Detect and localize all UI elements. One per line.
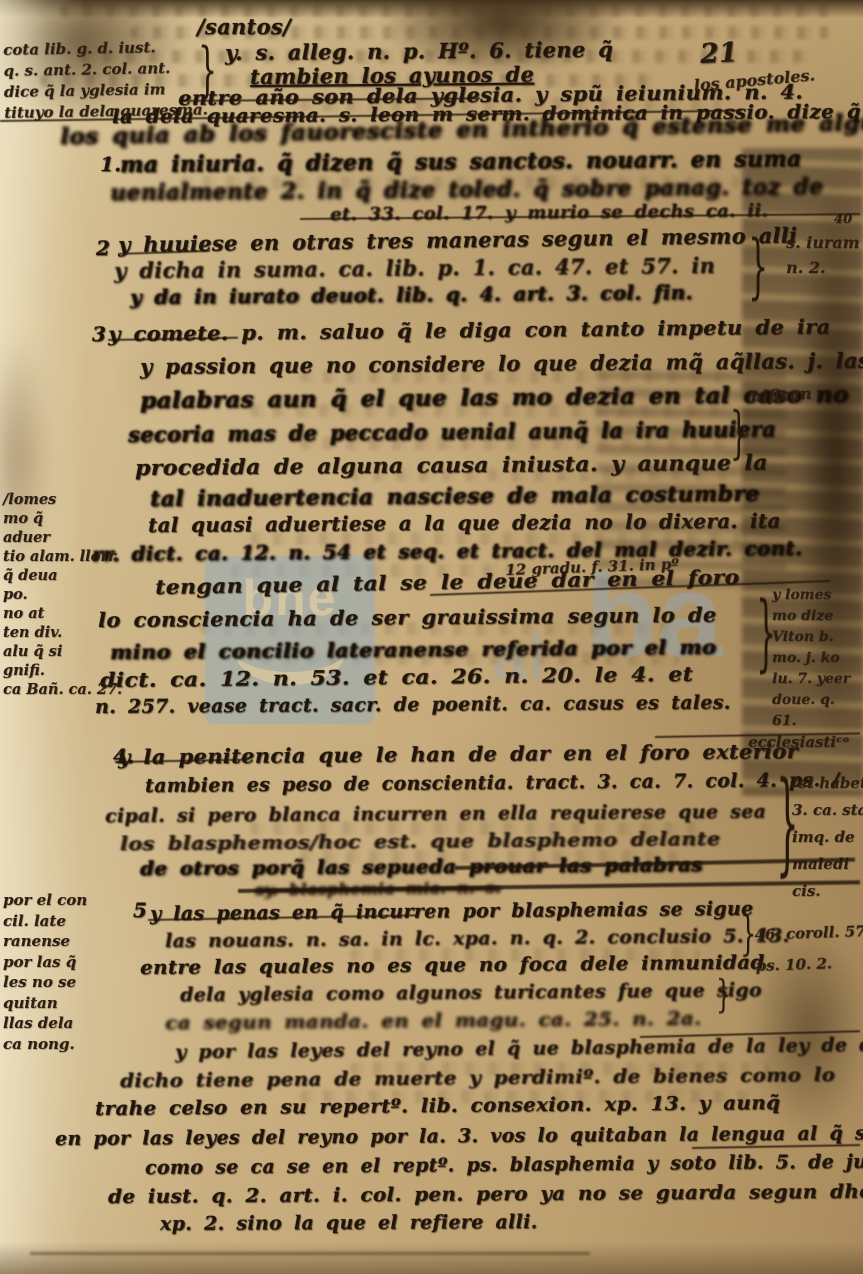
manuscript-line: tambien es peso de conscientia. tract. 3…: [145, 769, 840, 797]
bleed-through: [60, 4, 830, 17]
margin-note-left-top: cota lib. g. d. iust.q. s. ant. 2. col. …: [3, 36, 208, 124]
scribal-brace: }: [740, 908, 757, 962]
manuscript-line: y dicha in suma. ca. lib. p. 1. ca. 47. …: [114, 253, 715, 283]
manuscript-line: dict. ca. 12. n. 53. et ca. 26. n. 20. l…: [100, 662, 693, 692]
manuscript-line: como se ca se en el reptº. ps. blasphemi…: [145, 1150, 863, 1179]
manuscript-line: cipal. si pero blanca incurren en ella r…: [105, 800, 766, 827]
margin-note-right-coroll: 46. coroll. 57.ps. 10. 2.: [754, 916, 863, 982]
manuscript-line: de iust. q. 2. art. i. col. pen. pero ya…: [108, 1181, 863, 1208]
manuscript-line: y las penas en q̃ incurren por blasphemi…: [150, 898, 754, 925]
paragraph-number: 1.: [100, 152, 121, 176]
margin-note-right-viton: y lomesmo dizeViton b.mo. j. kolu. 7. ye…: [772, 585, 850, 732]
manuscript-line: de otros porq̃ las sepueda prouar las pa…: [140, 854, 703, 880]
manuscript-line: et. 33. col. 17. y murio se dechs ca. ii…: [330, 200, 768, 225]
manuscript-line: y por las leyes del reyno el q̃ ue blasp…: [175, 1033, 863, 1063]
margin-note-right-iuram: s. iuramn. 2.: [786, 230, 860, 280]
paragraph-number: 4.: [113, 744, 134, 768]
manuscript-line: entre las quales no es que no foca dele …: [140, 952, 765, 979]
manuscript-line: tal quasi aduertiese a la que dezia no l…: [148, 509, 781, 537]
manuscript-line: y la penitencia que le han de dar en el …: [118, 739, 798, 769]
paragraph-number: 5: [133, 898, 147, 922]
manuscript-line: n. 257. vease tract. sacr. de poenit. ca…: [95, 692, 731, 718]
paper-stain: [0, 1242, 863, 1274]
margin-note-right-nifican: nifican: [750, 384, 812, 407]
manuscript-line: dela yglesia como algunos turicantes fue…: [180, 979, 762, 1006]
manuscript-line: ma iniuria. q̃ dizen q̃ sus sanctos. nou…: [120, 146, 802, 178]
margin-note-left-mid: /lomesmo q̃aduertio alam. llorr.q̃ deuap…: [3, 490, 122, 699]
manuscript-line: y comete. p. m. saluo q̃ le diga con tan…: [108, 314, 831, 346]
manuscript-line: y. s. alleg. n. p. Hº. 6. tiene q̃: [225, 37, 613, 65]
paragraph-number: 2: [96, 236, 110, 260]
paper-stain: [30, 1252, 590, 1255]
scribal-brace: }: [730, 400, 748, 466]
manuscript-line: xp. 2. sino la que el refiere alli.: [160, 1211, 538, 1235]
manuscript-line: trahe celso en su repertº. lib. consexio…: [95, 1092, 780, 1120]
manuscript-line: dicho tiene pena de muerte y perdimiº. d…: [120, 1064, 835, 1092]
scribal-brace: }: [716, 972, 731, 1017]
manuscript-line: y da in iurato deuot. lib. q. 4. art. 3.…: [130, 280, 693, 309]
scribal-brace: }: [198, 36, 217, 106]
manuscript-line: tal inaduertencia nasciese de mala costu…: [150, 481, 760, 511]
scribal-brace: }: [756, 583, 776, 682]
folio-number: 21: [699, 37, 738, 70]
scribal-brace: }: [748, 224, 768, 308]
manuscript-scan: bne ba al /santos/ 21 y. s. alleg. n. p.…: [0, 0, 863, 1274]
manuscript-line: y passion que no considere lo que dezia …: [140, 347, 863, 379]
scribal-brace: }: [776, 762, 799, 889]
margin-note-left-low: por el concil. lateranensepor las q̃les …: [3, 890, 87, 1054]
manuscript-line: y huuiese en otras tres maneras segun el…: [118, 223, 798, 257]
paragraph-number: 3: [92, 322, 106, 346]
manuscript-line: ca segun manda. en el magu. ca. 25. n. 2…: [165, 1007, 701, 1034]
